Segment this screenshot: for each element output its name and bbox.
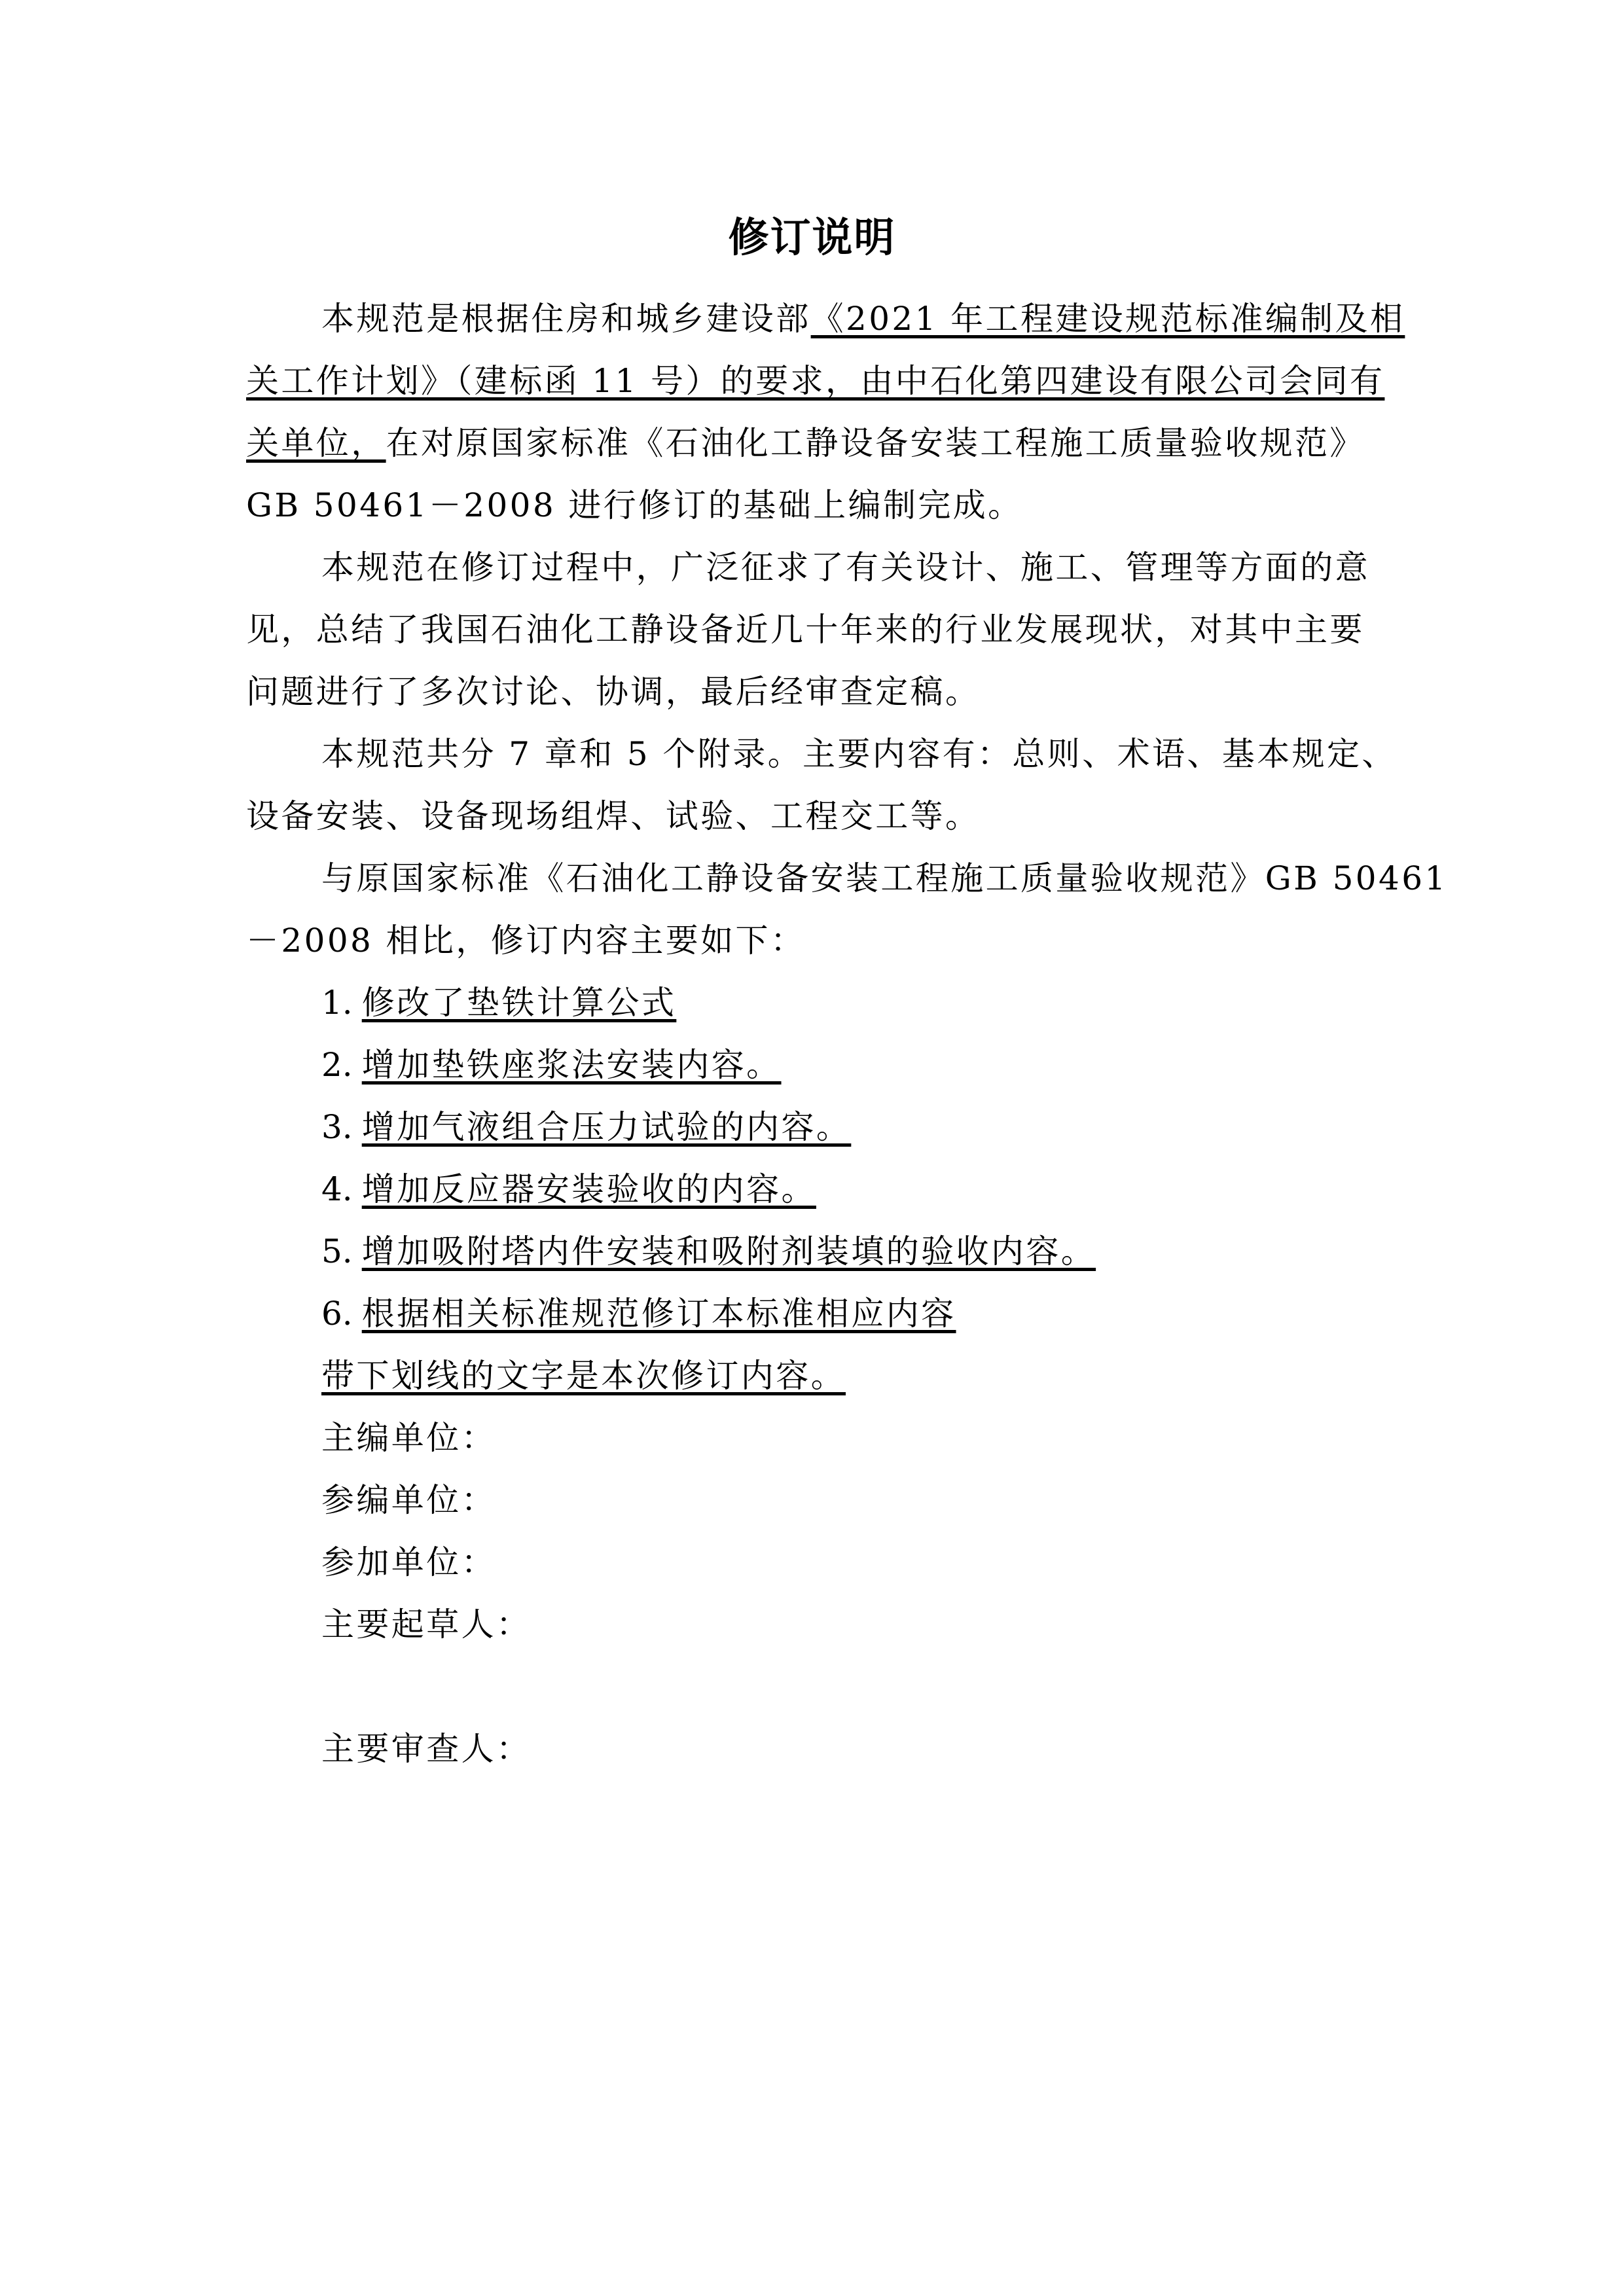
- underline-note: 带下划线的文字是本次修订内容。: [246, 1345, 1382, 1407]
- paragraph-3-line-2: 设备安装、设备现场组焊、试验、工程交工等。: [246, 785, 1382, 848]
- revision-number: 6.: [321, 1295, 353, 1333]
- text: 本规范是根据住房和城乡建设部: [321, 300, 811, 338]
- paragraph-1-line-3: 关单位，在对原国家标准《石油化工静设备安装工程施工质量验收规范》: [246, 412, 1382, 475]
- document-body: 本规范是根据住房和城乡建设部《2021 年工程建设规范标准编制及相 关工作计划》…: [246, 288, 1382, 1780]
- revision-text: 增加气液组合压力试验的内容。: [362, 1108, 852, 1146]
- revision-number: 4.: [321, 1170, 353, 1208]
- revision-number: 5.: [321, 1232, 353, 1270]
- paragraph-1-line-1: 本规范是根据住房和城乡建设部《2021 年工程建设规范标准编制及相: [246, 288, 1382, 350]
- revision-item: 3.增加气液组合压力试验的内容。: [246, 1096, 1382, 1158]
- paragraph-2-line-2: 见，总结了我国石油化工静设备近几十年来的行业发展现状，对其中主要: [246, 599, 1382, 661]
- paragraph-2-line-3: 问题进行了多次讨论、协调，最后经审查定稿。: [246, 661, 1382, 723]
- revision-text: 增加垫铁座浆法安装内容。: [362, 1046, 782, 1084]
- underlined-revision-text: 关单位，: [246, 424, 386, 462]
- participating-unit-label: 参加单位：: [246, 1532, 1382, 1594]
- revision-item: 6.根据相关标准规范修订本标准相应内容: [246, 1283, 1382, 1345]
- revision-text: 增加吸附塔内件安装和吸附剂装填的验收内容。: [362, 1232, 1096, 1270]
- document-page: 修订说明 本规范是根据住房和城乡建设部《2021 年工程建设规范标准编制及相 关…: [0, 0, 1624, 2296]
- revision-number: 2.: [321, 1046, 353, 1084]
- main-drafters-label: 主要起草人：: [246, 1594, 1382, 1656]
- co-editor-unit-label: 参编单位：: [246, 1469, 1382, 1532]
- note-text: 带下划线的文字是本次修订内容。: [321, 1357, 846, 1395]
- paragraph-1-line-2: 关工作计划》（建标函 11 号）的要求，由中石化第四建设有限公司会同有: [246, 350, 1382, 412]
- chief-editor-unit-label: 主编单位：: [246, 1407, 1382, 1469]
- revision-text: 根据相关标准规范修订本标准相应内容: [362, 1295, 956, 1333]
- paragraph-3-line-1: 本规范共分 7 章和 5 个附录。主要内容有：总则、术语、基本规定、: [246, 723, 1382, 785]
- paragraph-1-line-4: GB 50461－2008 进行修订的基础上编制完成。: [246, 475, 1382, 537]
- revision-item: 1.修改了垫铁计算公式: [246, 972, 1382, 1034]
- underlined-revision-text: 关工作计划》（建标函 11 号）的要求，由中石化第四建设有限公司会同有: [246, 362, 1384, 400]
- paragraph-2-line-1: 本规范在修订过程中，广泛征求了有关设计、施工、管理等方面的意: [246, 537, 1382, 599]
- spacer: [246, 1656, 1382, 1718]
- paragraph-4-line-2: －2008 相比，修订内容主要如下：: [246, 910, 1382, 972]
- revision-number: 3.: [321, 1108, 353, 1146]
- main-reviewers-label: 主要审查人：: [246, 1718, 1382, 1780]
- revision-number: 1.: [321, 984, 353, 1022]
- revision-item: 5.增加吸附塔内件安装和吸附剂装填的验收内容。: [246, 1221, 1382, 1283]
- revision-text: 修改了垫铁计算公式: [362, 984, 677, 1022]
- underlined-revision-text: 《2021 年工程建设规范标准编制及相: [811, 300, 1405, 338]
- text: 在对原国家标准《石油化工静设备安装工程施工质量验收规范》: [386, 424, 1365, 462]
- revision-text: 增加反应器安装验收的内容。: [362, 1170, 816, 1208]
- page-title: 修订说明: [0, 208, 1624, 267]
- revision-item: 2.增加垫铁座浆法安装内容。: [246, 1034, 1382, 1096]
- revision-item: 4.增加反应器安装验收的内容。: [246, 1158, 1382, 1221]
- paragraph-4-line-1: 与原国家标准《石油化工静设备安装工程施工质量验收规范》GB 50461: [246, 848, 1382, 910]
